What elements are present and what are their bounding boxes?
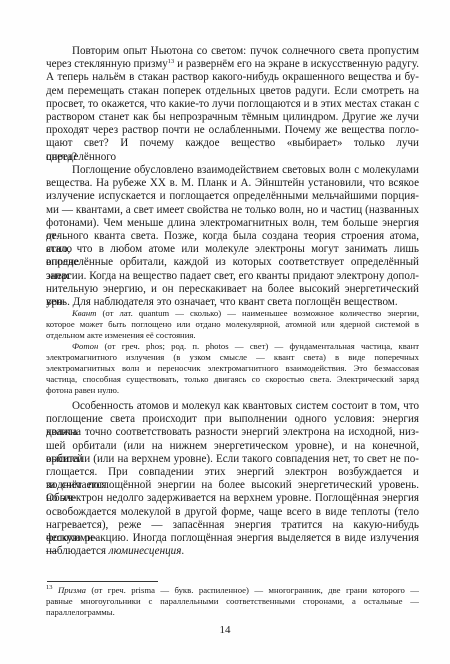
text-line: поглощение света происходит при выполнен… (46, 413, 419, 426)
text-line: Повторим опыт Ньютона со светом: пучок с… (46, 45, 419, 58)
text-line: просвет, то окажется, что какие-то лучи … (46, 98, 419, 111)
text-line: ми — квантами, а свет имеет свойства не … (46, 204, 419, 217)
footnote-prism: 13 Призма (от греч. prisma — букв. распи… (46, 585, 419, 618)
text-line: орбитали (или на верхнем уровне). Если т… (46, 453, 419, 466)
definition-quantum: Квант (от лат. quantum — сколько) — наим… (46, 308, 419, 341)
text-line: вещества. На рубеже XX в. М. Планк и А. … (46, 177, 419, 190)
text-line: фотонами). Чем меньше длина электромагни… (46, 217, 419, 230)
text-line: дельного кванта света. Позже, когда была… (46, 230, 419, 243)
text-line: наблюдается люминесценция. (46, 545, 419, 558)
footnote-ref[interactable]: 13 (168, 58, 175, 65)
text-line: должна точно соответствовать разности эн… (46, 426, 419, 439)
paragraph-absorption: Поглощение обусловлено взаимодействием с… (46, 164, 419, 309)
text-line: шей орбитали (или на нижнем энергетическ… (46, 440, 419, 453)
text-line: электромагнитных волн и переносчик элект… (46, 363, 419, 374)
text-line: частица, способная существовать, только … (46, 374, 419, 385)
text-line: энергии. Когда на вещество падает свет, … (46, 270, 419, 283)
text-line: фотона равен нулю. (46, 385, 419, 396)
text-line: ческую реакцию. Иногда поглощённая энерг… (46, 532, 419, 545)
footnote-separator (47, 581, 158, 582)
text-line: нительную энергию, и он перескакивает на… (46, 283, 419, 296)
footnote-marker: 13 (46, 584, 53, 591)
text-line: Квант (от лат. quantum — сколько) — наим… (46, 308, 419, 319)
text-line: излучение испускается и поглощается опре… (46, 190, 419, 203)
text-line: равные многоугольники с параллельными со… (46, 596, 419, 607)
text-line: дем перемещать стакан поперек отдельных … (46, 85, 419, 98)
text-line: электромагнитного излучения (в узком смы… (46, 352, 419, 363)
text-line: А теперь нальём в стакан раствор какого-… (46, 71, 419, 84)
text-line: щают свет? И почему каждое вещество «выб… (46, 137, 419, 150)
defined-term: Фотон (72, 341, 98, 351)
text-line: освобождается молекулой в другой форме, … (46, 506, 419, 519)
text-line: 13 Призма (от греч. prisma — букв. распи… (46, 585, 419, 596)
text-line: за счёт поглощённой энергии на более выс… (46, 479, 419, 492)
text-line: которое может быть поглощено или отдано … (46, 319, 419, 330)
document-page: Повторим опыт Ньютона со светом: пучок с… (0, 0, 450, 664)
emphasized-term: люминесценция (109, 545, 182, 557)
text-line: Особенность атомов и молекул как квантов… (46, 400, 419, 413)
defined-term: Призма (58, 585, 86, 595)
text-line: отдельном акте изменения её состояния. (46, 330, 419, 341)
text-line: параллелограммы. (46, 607, 419, 618)
text-line: нагревается), реже — запасённая энергия … (46, 519, 419, 532)
text-line: Фотон (от греч. phos; род. п. photos — с… (46, 341, 419, 352)
text-line: Поглощение обусловлено взаимодействием с… (46, 164, 419, 177)
defined-term: Квант (72, 308, 96, 318)
text-line: определённые орбитали, каждой из которых… (46, 256, 419, 269)
definition-photon: Фотон (от греч. phos; род. п. photos — с… (46, 341, 419, 396)
text-line: глощается. При совпадении этих энергий э… (46, 466, 419, 479)
text-line: проходят через раствор почти не ослаблен… (46, 124, 419, 137)
text-line: через стеклянную призму13 и развернём ег… (46, 58, 419, 71)
page-number: 14 (0, 624, 450, 636)
text-line: но электрон недолго задерживается на вер… (46, 492, 419, 505)
text-line: ясно, что в любом атоме или молекуле эле… (46, 243, 419, 256)
paragraph-newton-experiment: Повторим опыт Ньютона со светом: пучок с… (46, 45, 419, 164)
text-line: раствором станет как бы непрозрачным тём… (46, 111, 419, 124)
paragraph-quantum-systems: Особенность атомов и молекул как квантов… (46, 400, 419, 558)
